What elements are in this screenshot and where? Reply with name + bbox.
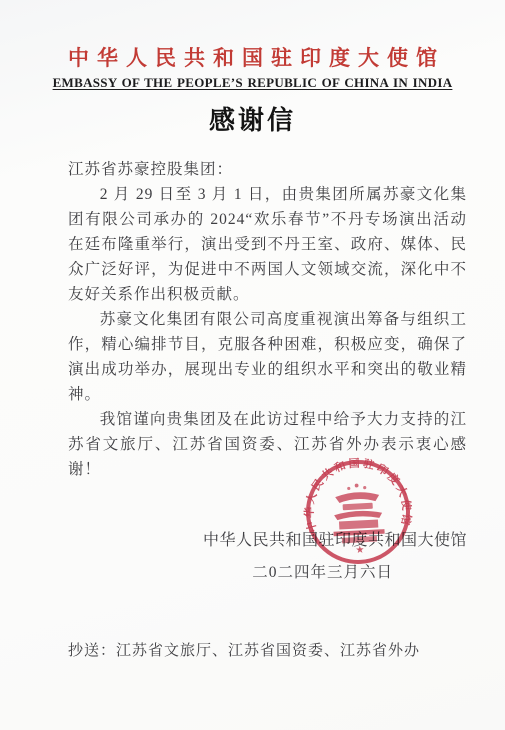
letter-body: 江苏省苏豪控股集团： 2 月 29 日至 3 月 1 日，由贵集团所属苏豪文化集… <box>68 157 467 664</box>
letter-paragraph-1: 2 月 29 日至 3 月 1 日，由贵集团所属苏豪文化集团有限公司承办的 20… <box>68 182 467 307</box>
letter-paragraph-3: 我馆谨向贵集团及在此访过程中给予大力支持的江苏省文旅厅、江苏省国资委、江苏省外办… <box>68 407 467 482</box>
letter-page: 中华人民共和国驻印度大使馆 EMBASSY OF THE PEOPLE’S RE… <box>0 0 505 730</box>
signature-line: 中华人民共和国驻印度共和国大使馆 <box>68 528 467 553</box>
letter-title: 感谢信 <box>0 104 505 136</box>
cc-line: 抄送：江苏省文旅厅、江苏省国资委、江苏省外办 <box>68 639 467 664</box>
letter-paragraph-2: 苏豪文化集团有限公司高度重视演出筹备与组织工作，精心编排节目，克服各种困难，积极… <box>68 307 467 407</box>
date-line: 二0二四年三月六日 <box>68 560 467 585</box>
embassy-name-en: EMBASSY OF THE PEOPLE’S REPUBLIC OF CHIN… <box>0 75 505 91</box>
embassy-name-cn: 中华人民共和国驻印度大使馆 <box>0 46 505 70</box>
salutation: 江苏省苏豪控股集团： <box>68 157 467 182</box>
